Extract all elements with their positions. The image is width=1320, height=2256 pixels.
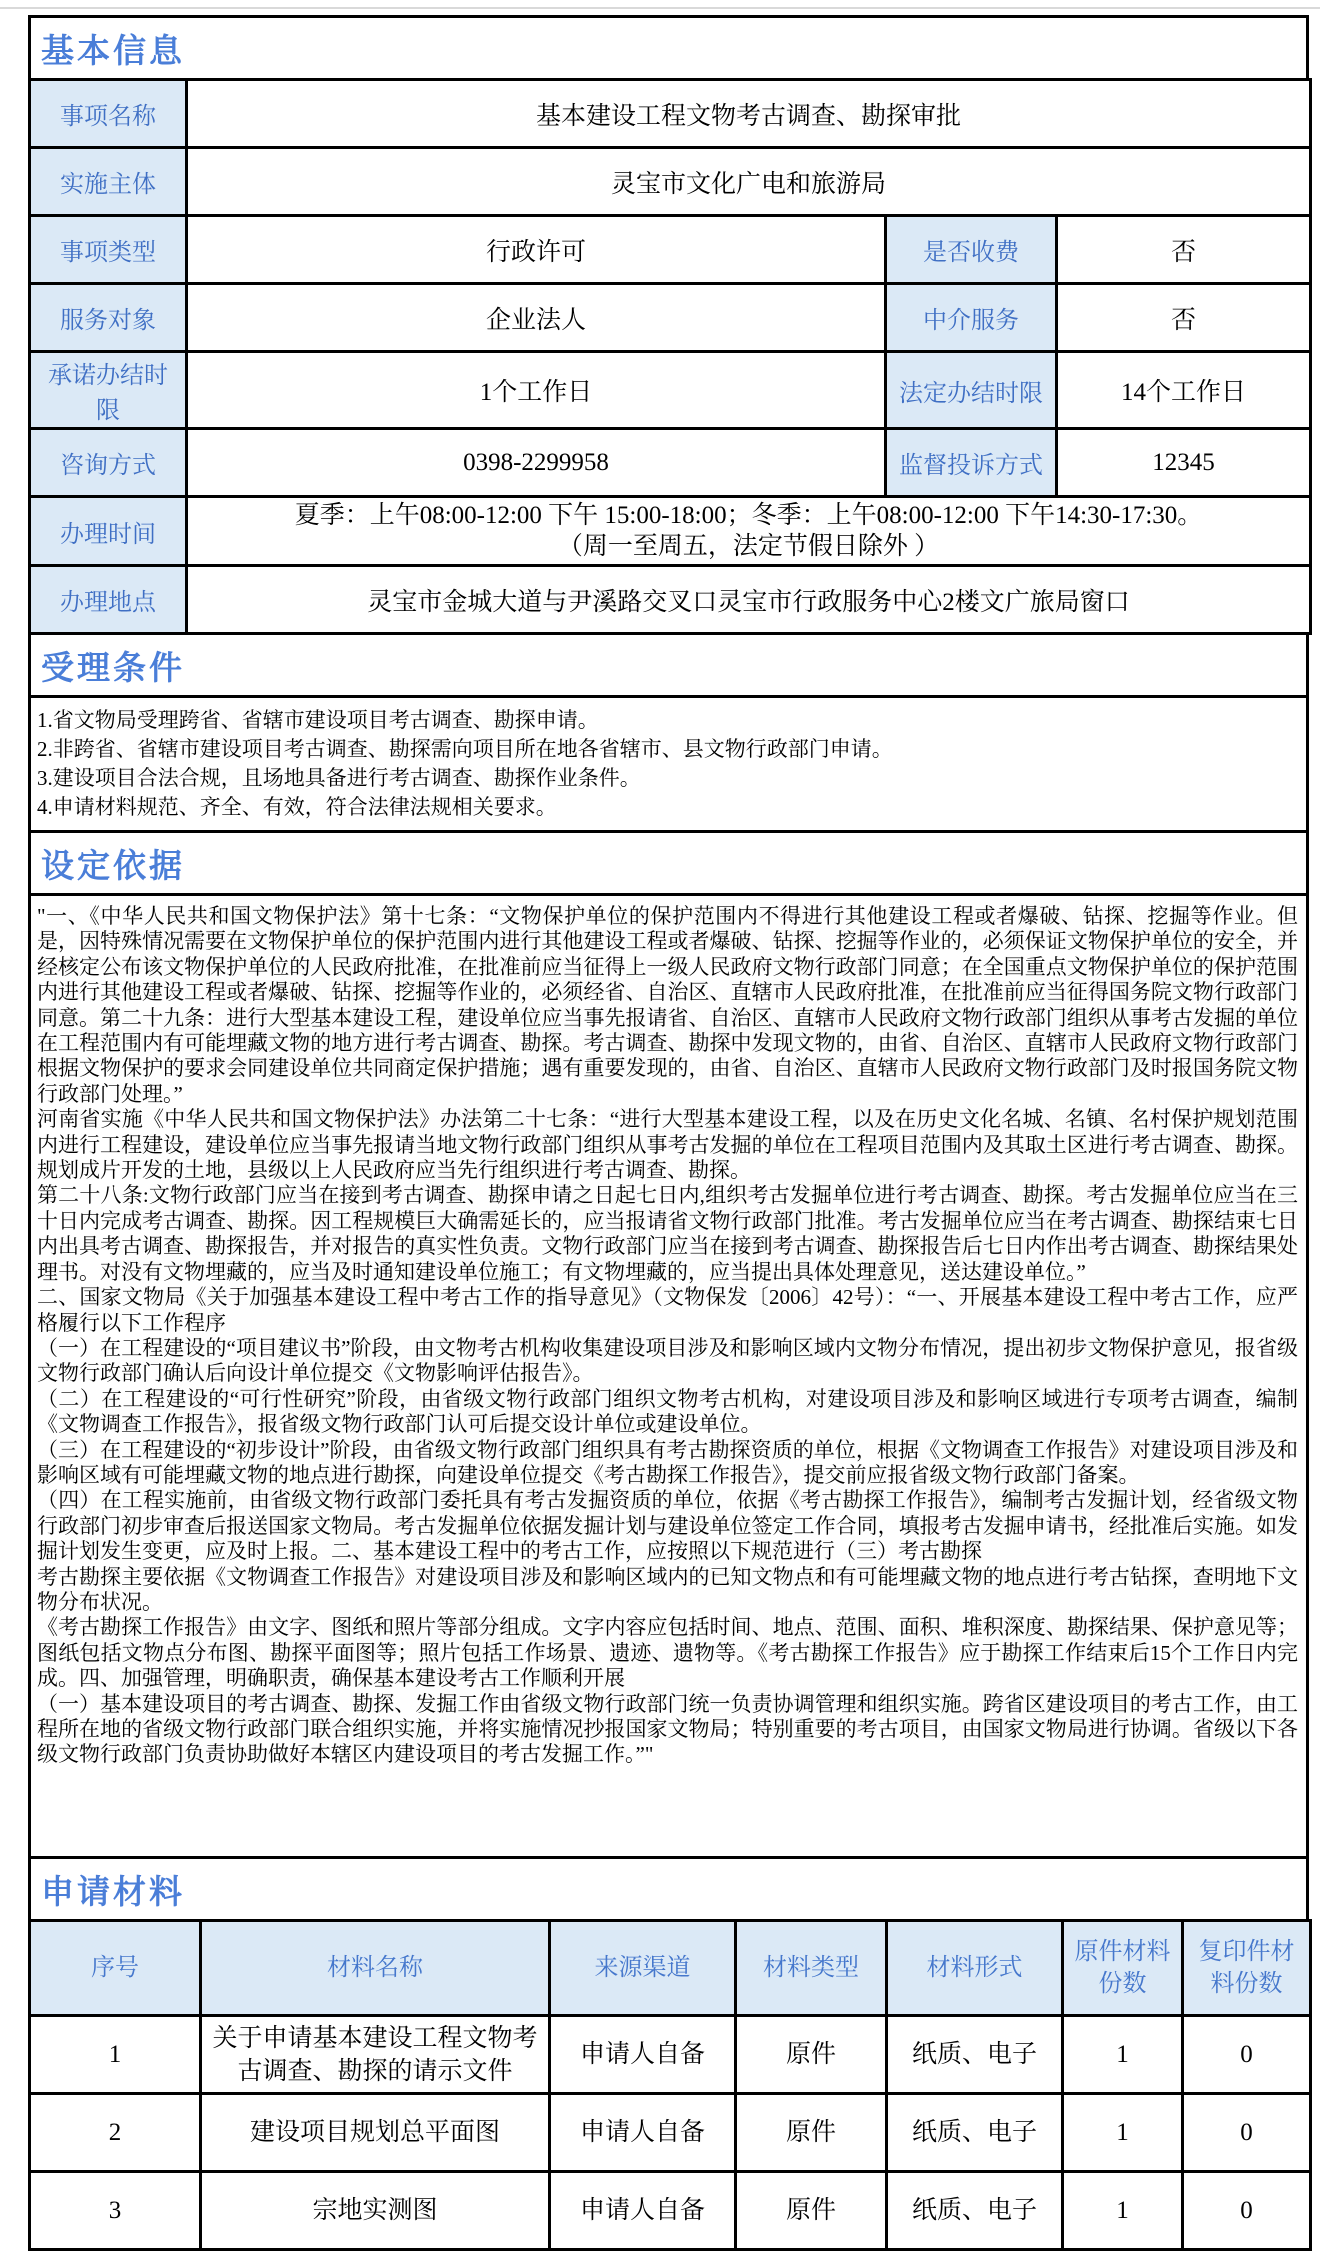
materials-col-original-count: 原件材料 份数 xyxy=(1063,1921,1183,2016)
office-place-label: 办理地点 xyxy=(30,566,187,634)
page-top-divider xyxy=(0,7,1320,9)
acceptance-section-header: 受理条件 xyxy=(28,632,1309,698)
consult-value: 0398-2299958 xyxy=(187,429,886,497)
materials-cell-copy-count: 0 xyxy=(1183,2094,1311,2172)
materials-cell-copy-count: 0 xyxy=(1183,2016,1311,2094)
legal-basis-text: "一、《中华人民共和国文物保护法》第十七条：“文物保护单位的保护范围内不得进行其… xyxy=(37,904,1298,1848)
acceptance-section-title: 受理条件 xyxy=(41,642,185,689)
document-page: 基本信息 事项名称 基本建设工程文物考古调查、勘探审批 实施主体 灵宝市文化广电… xyxy=(28,15,1309,2251)
materials-cell-original-count: 1 xyxy=(1063,2172,1183,2250)
row-item-type: 事项类型 行政许可 是否收费 否 xyxy=(30,216,1311,284)
basic-info-section-title: 基本信息 xyxy=(41,25,185,72)
materials-col-seq: 序号 xyxy=(30,1921,201,2016)
materials-cell-source: 申请人自备 xyxy=(550,2094,736,2172)
promise-limit-label: 承诺办结时限 xyxy=(30,352,187,429)
materials-section-header: 申请材料 xyxy=(28,1856,1309,1922)
materials-cell-original-count: 1 xyxy=(1063,2094,1183,2172)
service-target-label: 服务对象 xyxy=(30,284,187,352)
materials-col-copy-count: 复印件材 料份数 xyxy=(1183,1921,1311,2016)
row-service-target: 服务对象 企业法人 中介服务 否 xyxy=(30,284,1311,352)
materials-cell-seq: 2 xyxy=(30,2094,201,2172)
materials-col-name: 材料名称 xyxy=(201,1921,550,2016)
item-name-value: 基本建设工程文物考古调查、勘探审批 xyxy=(187,80,1311,148)
legal-limit-label: 法定办结时限 xyxy=(886,352,1057,429)
materials-cell-name: 关于申请基本建设工程文物考古调查、勘探的请示文件 xyxy=(201,2016,550,2094)
consult-label: 咨询方式 xyxy=(30,429,187,497)
materials-cell-name: 建设项目规划总平面图 xyxy=(201,2094,550,2172)
materials-col-form: 材料形式 xyxy=(887,1921,1063,2016)
promise-limit-value: 1个工作日 xyxy=(187,352,886,429)
materials-row-3: 3 宗地实测图 申请人自备 原件 纸质、电子 1 0 xyxy=(30,2172,1311,2250)
materials-cell-name: 宗地实测图 xyxy=(201,2172,550,2250)
materials-cell-form: 纸质、电子 xyxy=(887,2094,1063,2172)
agency-service-label: 中介服务 xyxy=(886,284,1057,352)
materials-cell-copy-count: 0 xyxy=(1183,2172,1311,2250)
acceptance-conditions-box: 1.省文物局受理跨省、省辖市建设项目考古调查、勘探申请。 2.非跨省、省辖市建设… xyxy=(28,695,1309,833)
fee-label: 是否收费 xyxy=(886,216,1057,284)
legal-basis-box: "一、《中华人民共和国文物保护法》第十七条：“文物保护单位的保护范围内不得进行其… xyxy=(28,893,1309,1859)
materials-col-source: 来源渠道 xyxy=(550,1921,736,2016)
office-time-value: 夏季：上午08:00-12:00 下午 15:00-18:00；冬季：上午08:… xyxy=(187,497,1311,566)
row-item-name: 事项名称 基本建设工程文物考古调查、勘探审批 xyxy=(30,80,1311,148)
materials-cell-type: 原件 xyxy=(736,2016,887,2094)
materials-row-1: 1 关于申请基本建设工程文物考古调查、勘探的请示文件 申请人自备 原件 纸质、电… xyxy=(30,2016,1311,2094)
materials-cell-type: 原件 xyxy=(736,2172,887,2250)
item-name-label: 事项名称 xyxy=(30,80,187,148)
materials-cell-source: 申请人自备 xyxy=(550,2016,736,2094)
materials-cell-original-count: 1 xyxy=(1063,2016,1183,2094)
office-place-value: 灵宝市金城大道与尹溪路交叉口灵宝市行政服务中心2楼文广旅局窗口 xyxy=(187,566,1311,634)
materials-cell-source: 申请人自备 xyxy=(550,2172,736,2250)
supervise-label: 监督投诉方式 xyxy=(886,429,1057,497)
row-time-limits: 承诺办结时限 1个工作日 法定办结时限 14个工作日 xyxy=(30,352,1311,429)
row-contact: 咨询方式 0398-2299958 监督投诉方式 12345 xyxy=(30,429,1311,497)
acceptance-item-1: 1.省文物局受理跨省、省辖市建设项目考古调查、勘探申请。 xyxy=(37,706,1298,735)
materials-table: 序号 材料名称 来源渠道 材料类型 材料形式 原件材料 份数 复印件材 料份数 … xyxy=(28,1919,1312,2251)
materials-section-title: 申请材料 xyxy=(41,1866,185,1913)
office-time-label: 办理时间 xyxy=(30,497,187,566)
materials-cell-form: 纸质、电子 xyxy=(887,2172,1063,2250)
implement-body-value: 灵宝市文化广电和旅游局 xyxy=(187,148,1311,216)
acceptance-item-2: 2.非跨省、省辖市建设项目考古调查、勘探需向项目所在地各省辖市、县文物行政部门申… xyxy=(37,735,1298,764)
materials-header-row: 序号 材料名称 来源渠道 材料类型 材料形式 原件材料 份数 复印件材 料份数 xyxy=(30,1921,1311,2016)
item-type-value: 行政许可 xyxy=(187,216,886,284)
agency-service-value: 否 xyxy=(1057,284,1311,352)
service-target-value: 企业法人 xyxy=(187,284,886,352)
legal-basis-section-title: 设定依据 xyxy=(41,840,185,887)
office-time-line1: 夏季：上午08:00-12:00 下午 15:00-18:00；冬季：上午08:… xyxy=(194,500,1303,531)
implement-body-label: 实施主体 xyxy=(30,148,187,216)
legal-basis-section-header: 设定依据 xyxy=(28,830,1309,896)
materials-cell-form: 纸质、电子 xyxy=(887,2016,1063,2094)
office-time-line2: （周一至周五，法定节假日除外 ） xyxy=(194,531,1303,562)
materials-cell-seq: 3 xyxy=(30,2172,201,2250)
row-implement-body: 实施主体 灵宝市文化广电和旅游局 xyxy=(30,148,1311,216)
item-type-label: 事项类型 xyxy=(30,216,187,284)
acceptance-item-3: 3.建设项目合法合规，且场地具备进行考古调查、勘探作业条件。 xyxy=(37,764,1298,793)
acceptance-item-4: 4.申请材料规范、齐全、有效，符合法律法规相关要求。 xyxy=(37,793,1298,822)
materials-cell-type: 原件 xyxy=(736,2094,887,2172)
basic-info-table: 事项名称 基本建设工程文物考古调查、勘探审批 实施主体 灵宝市文化广电和旅游局 … xyxy=(28,78,1312,635)
fee-value: 否 xyxy=(1057,216,1311,284)
materials-col-type: 材料类型 xyxy=(736,1921,887,2016)
materials-cell-seq: 1 xyxy=(30,2016,201,2094)
row-office-time: 办理时间 夏季：上午08:00-12:00 下午 15:00-18:00；冬季：… xyxy=(30,497,1311,566)
basic-info-section-header: 基本信息 xyxy=(28,15,1309,81)
materials-row-2: 2 建设项目规划总平面图 申请人自备 原件 纸质、电子 1 0 xyxy=(30,2094,1311,2172)
supervise-value: 12345 xyxy=(1057,429,1311,497)
row-office-place: 办理地点 灵宝市金城大道与尹溪路交叉口灵宝市行政服务中心2楼文广旅局窗口 xyxy=(30,566,1311,634)
legal-limit-value: 14个工作日 xyxy=(1057,352,1311,429)
